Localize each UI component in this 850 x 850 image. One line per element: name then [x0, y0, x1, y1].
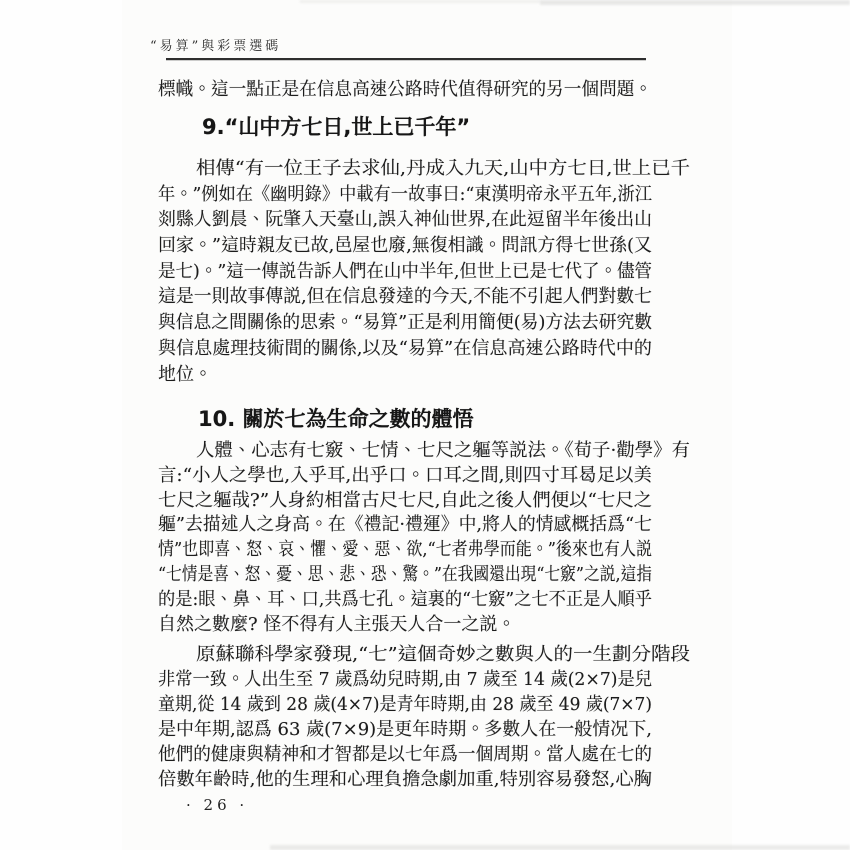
text-line-content: 軀”去描述人之身高。在《禮記·禮運》中,將人的情感概括爲“七: [158, 513, 652, 538]
text-line: 言:“小人之學也,入乎耳,出乎口。口耳之間,則四寸耳曷足以美: [158, 464, 652, 489]
text-line: 標幟。這一點正是在信息高速公路時代值得研究的另一個問題。: [158, 77, 652, 102]
scan-artifact: [270, 845, 850, 850]
text-line-content: 與信息處理技術間的關係,以及“易算”在信息高速公路時代中的: [158, 336, 652, 362]
text-line-content: 是中年期,認爲 63 歲(7×9)是更年時期。多數人在一般情况下,: [158, 717, 652, 742]
text-line-content: 情”也即喜、怒、哀、懼、愛、惡、欲,“七者弗學而能。”後來也有人説: [158, 538, 652, 563]
text-line: 的是:眼、鼻、耳、口,共爲七孔。這裏的“七竅”之七不正是人順乎: [158, 588, 652, 613]
text-line: 他們的健康與精神和才智都是以七年爲一個周期。當人處在七的: [158, 742, 652, 767]
text-line-content: 回家。”這時親友已故,邑屋也廢,無復相識。問訊方得七世孫(又: [158, 233, 652, 259]
text-line: 是中年期,認爲 63 歲(7×9)是更年時期。多數人在一般情况下,: [158, 717, 652, 742]
text-line-content: 倍數年齡時,他的生理和心理負擔急劇加重,特別容易發怒,心胸: [158, 767, 652, 792]
text-line: 與信息之間關係的思索。“易算”正是利用簡便(易)方法去研究數: [158, 310, 652, 336]
text-line: 倍數年齡時,他的生理和心理負擔急劇加重,特別容易發怒,心胸: [158, 767, 652, 792]
text-line: 童期,從 14 歲到 28 歲(4×7)是青年時期,由 28 歲至 49 歲(7…: [158, 692, 652, 717]
text-line-content: 年。”例如在《幽明錄》中載有一故事曰:“東漢明帝永平五年,浙江: [158, 182, 652, 208]
text-line: 軀”去描述人之身高。在《禮記·禮運》中,將人的情感概括爲“七: [158, 513, 652, 538]
text-line-content: 標幟。這一點正是在信息高速公路時代值得研究的另一個問題。: [158, 77, 652, 102]
text-line-content: 這是一則故事傳説,但在信息發達的今天,不能不引起人們對數七: [158, 284, 652, 310]
text-line: 情”也即喜、怒、哀、懼、愛、惡、欲,“七者弗學而能。”後來也有人説: [158, 538, 652, 563]
text-line-content: 童期,從 14 歲到 28 歲(4×7)是青年時期,由 28 歲至 49 歲(7…: [158, 692, 652, 717]
text-line-content: 非常一致。人出生至 7 歲爲幼兒時期,由 7 歲至 14 歲(2×7)是兒: [158, 667, 652, 692]
text-line: 這是一則故事傳説,但在信息發達的今天,不能不引起人們對數七: [158, 284, 652, 310]
text-line-content: 自然之數麼? 怪不得有人主張天人合一之説。: [158, 613, 515, 638]
text-line-content: 七尺之軀哉?”人身約相當古尺七尺,自此之後人們便以“七尺之: [158, 489, 652, 514]
scan-artifact: [540, 0, 850, 5]
section-heading-10: 10. 關於七為生命之數的體悟: [158, 404, 652, 434]
text-line-content: 與信息之間關係的思索。“易算”正是利用簡便(易)方法去研究數: [158, 310, 652, 336]
text-line: 七尺之軀哉?”人身約相當古尺七尺,自此之後人們便以“七尺之: [158, 489, 652, 514]
section-heading-9: 9.“山中方七日,世上已千年”: [158, 112, 652, 142]
header-rule: [166, 58, 646, 60]
section-9-paragraph: 相傳“有一位王子去求仙,丹成入九天,山中方七日,世上已千年。”例如在《幽明錄》中…: [158, 156, 652, 387]
text-line: 與信息處理技術間的關係,以及“易算”在信息高速公路時代中的: [158, 336, 652, 362]
text-line: 剡縣人劉晨、阮肇入天臺山,誤入神仙世界,在此逗留半年後出山: [158, 207, 652, 233]
text-line: 回家。”這時親友已故,邑屋也廢,無復相識。問訊方得七世孫(又: [158, 233, 652, 259]
book-page: “易算”與彩票選碼 標幟。這一點正是在信息高速公路時代值得研究的另一個問題。 9…: [0, 0, 850, 850]
text-line-content: 他們的健康與精神和才智都是以七年爲一個周期。當人處在七的: [158, 742, 652, 767]
text-line-content: 地位。: [158, 362, 212, 388]
scan-artifact: [300, 0, 540, 3]
scan-artifact: [0, 0, 122, 850]
scan-artifact: [732, 0, 850, 850]
text-line: 原蘇聯科學家發現,“七”這個奇妙之數與人的一生劃分階段: [158, 642, 690, 667]
text-line: “七情是喜、怒、憂、思、悲、恐、驚。”在我國還出現“七竅”之説,這指: [158, 563, 652, 588]
text-line: 地位。: [158, 362, 652, 388]
text-line-content: “七情是喜、怒、憂、思、悲、恐、驚。”在我國還出現“七竅”之説,這指: [158, 563, 652, 588]
text-line-content: 原蘇聯科學家發現,“七”這個奇妙之數與人的一生劃分階段: [196, 642, 690, 667]
text-line: 人體、心志有七竅、七情、七尺之軀等説法。《荀子·勸學》有: [158, 439, 690, 464]
section-10-paragraph-2: 原蘇聯科學家發現,“七”這個奇妙之數與人的一生劃分階段非常一致。人出生至 7 歲…: [158, 642, 652, 793]
text-line-content: 相傳“有一位王子去求仙,丹成入九天,山中方七日,世上已千: [196, 156, 690, 182]
section-10-paragraph-1: 人體、心志有七竅、七情、七尺之軀等説法。《荀子·勸學》有言:“小人之學也,入乎耳…: [158, 439, 652, 637]
text-line: 非常一致。人出生至 7 歲爲幼兒時期,由 7 歲至 14 歲(2×7)是兒: [158, 667, 652, 692]
text-line-content: 言:“小人之學也,入乎耳,出乎口。口耳之間,則四寸耳曷足以美: [158, 464, 652, 489]
text-line: 年。”例如在《幽明錄》中載有一故事曰:“東漢明帝永平五年,浙江: [158, 182, 652, 208]
text-line-content: 是七)。”這一傳説告訴人們在山中半年,但世上已是七代了。儘管: [158, 259, 652, 285]
paragraph-continuation: 標幟。這一點正是在信息高速公路時代值得研究的另一個問題。: [158, 77, 652, 102]
text-line: 自然之數麼? 怪不得有人主張天人合一之説。: [158, 613, 652, 638]
text-line-content: 的是:眼、鼻、耳、口,共爲七孔。這裏的“七竅”之七不正是人順乎: [158, 588, 652, 613]
page-number: · 26 ·: [186, 796, 248, 814]
text-line-content: 人體、心志有七竅、七情、七尺之軀等説法。《荀子·勸學》有: [196, 439, 690, 464]
text-line-content: 剡縣人劉晨、阮肇入天臺山,誤入神仙世界,在此逗留半年後出山: [158, 207, 652, 233]
running-header: “易算”與彩票選碼: [150, 35, 281, 54]
text-line: 相傳“有一位王子去求仙,丹成入九天,山中方七日,世上已千: [158, 156, 690, 182]
text-line: 是七)。”這一傳説告訴人們在山中半年,但世上已是七代了。儘管: [158, 259, 652, 285]
